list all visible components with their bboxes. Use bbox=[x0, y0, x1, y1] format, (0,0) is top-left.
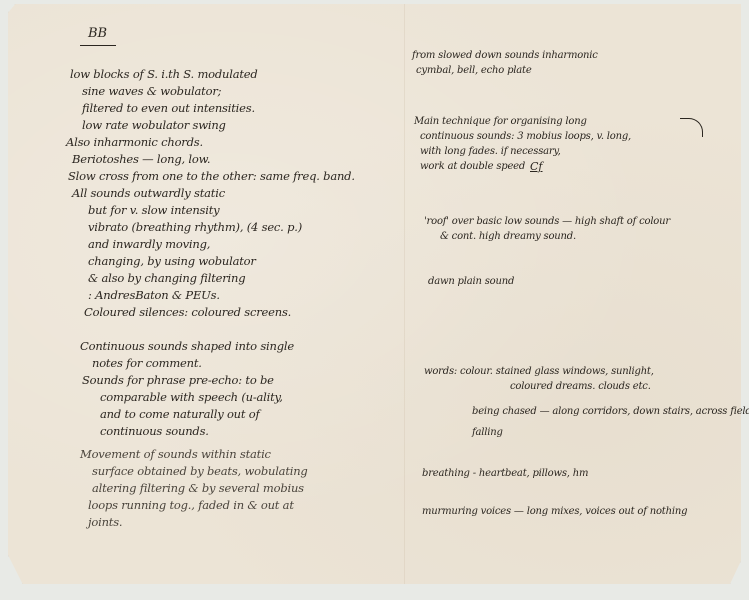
note-line: but for v. slow intensity bbox=[66, 202, 355, 219]
note-line: sine waves & wobulator; bbox=[70, 83, 258, 100]
note-line: Also inharmonic chords. bbox=[66, 134, 355, 151]
note-line: low rate wobulator swing bbox=[70, 117, 258, 134]
note-line: Slow cross from one to the other: same f… bbox=[66, 168, 355, 185]
left-note-phrase-pre-echo: Sounds for phrase pre-echo: to be compar… bbox=[82, 372, 283, 440]
note-line: breathing - heartbeat, pillows, hm bbox=[422, 466, 588, 481]
right-note-breathing: breathing - heartbeat, pillows, hm bbox=[422, 466, 588, 481]
note-line: changing, by using wobulator bbox=[66, 253, 355, 270]
note-line: & also by changing filtering bbox=[66, 270, 355, 287]
left-note-inharmonic-chords: Also inharmonic chords. Beriotoshes — lo… bbox=[66, 134, 355, 304]
note-line: low blocks of S. i.th S. modulated bbox=[70, 66, 258, 83]
note-line: & cont. high dreamy sound. bbox=[424, 229, 670, 244]
note-line: and to come naturally out of bbox=[82, 406, 283, 423]
note-line: being chased — along corridors, down sta… bbox=[472, 404, 749, 419]
note-line: work at double speed bbox=[414, 159, 631, 174]
left-note-coloured-silences: Coloured silences: coloured screens. bbox=[84, 304, 291, 321]
note-line: continuous sounds. bbox=[82, 423, 283, 440]
right-note-slowed-down-sounds: from slowed down sounds inharmonic cymba… bbox=[412, 48, 598, 78]
page-label: BB bbox=[80, 24, 116, 46]
note-line: coloured dreams. clouds etc. bbox=[424, 379, 654, 394]
note-line: filtered to even out intensities. bbox=[70, 100, 258, 117]
note-line: 'roof' over basic low sounds — high shaf… bbox=[424, 214, 670, 229]
right-note-being-chased: being chased — along corridors, down sta… bbox=[472, 404, 749, 440]
right-note-dawn-plain-sound: dawn plain sound bbox=[428, 274, 514, 289]
note-line: Beriotoshes — long, low. bbox=[66, 151, 355, 168]
note-line: Sounds for phrase pre-echo: to be bbox=[82, 372, 283, 389]
note-line: comparable with speech (u-ality, bbox=[82, 389, 283, 406]
note-line: notes for comment. bbox=[80, 355, 294, 372]
note-line: loops running tog., faded in & out at bbox=[80, 497, 308, 514]
note-line: continuous sounds: 3 mobius loops, v. lo… bbox=[414, 129, 631, 144]
paper-fold bbox=[404, 4, 405, 584]
note-line: All sounds outwardly static bbox=[66, 185, 355, 202]
note-line: vibrato (breathing rhythm), (4 sec. p.) bbox=[66, 219, 355, 236]
note-line: with long fades. if necessary, bbox=[414, 144, 631, 159]
right-note-murmuring-voices: murmuring voices — long mixes, voices ou… bbox=[422, 504, 687, 519]
left-note-low-blocks: low blocks of S. i.th S. modulated sine … bbox=[70, 66, 258, 134]
right-note-roof-over-sounds: 'roof' over basic low sounds — high shaf… bbox=[424, 214, 670, 244]
note-line: and inwardly moving, bbox=[66, 236, 355, 253]
note-line: cymbal, bell, echo plate bbox=[412, 63, 598, 78]
insertion-mark: Cf bbox=[530, 160, 543, 173]
note-line: Coloured silences: coloured screens. bbox=[84, 304, 291, 321]
note-line: joints. bbox=[80, 514, 308, 531]
note-line: Main technique for organising long bbox=[414, 114, 631, 129]
left-note-movement-of-sounds: Movement of sounds within static surface… bbox=[80, 446, 308, 531]
left-note-continuous-sounds: Continuous sounds shaped into single not… bbox=[80, 338, 294, 372]
note-line: dawn plain sound bbox=[428, 274, 514, 289]
note-line: words: colour. stained glass windows, su… bbox=[424, 364, 654, 379]
note-line: : AndresBaton & PEUs. bbox=[66, 287, 355, 304]
note-line: Movement of sounds within static bbox=[80, 446, 308, 463]
note-line: surface obtained by beats, wobulating bbox=[80, 463, 308, 480]
note-line: falling bbox=[472, 425, 749, 440]
note-line: from slowed down sounds inharmonic bbox=[412, 48, 598, 63]
right-note-main-technique: Main technique for organising long conti… bbox=[414, 114, 631, 174]
right-note-words: words: colour. stained glass windows, su… bbox=[424, 364, 654, 394]
note-line: murmuring voices — long mixes, voices ou… bbox=[422, 504, 687, 519]
note-line: altering filtering & by several mobius bbox=[80, 480, 308, 497]
note-line: Continuous sounds shaped into single bbox=[80, 338, 294, 355]
